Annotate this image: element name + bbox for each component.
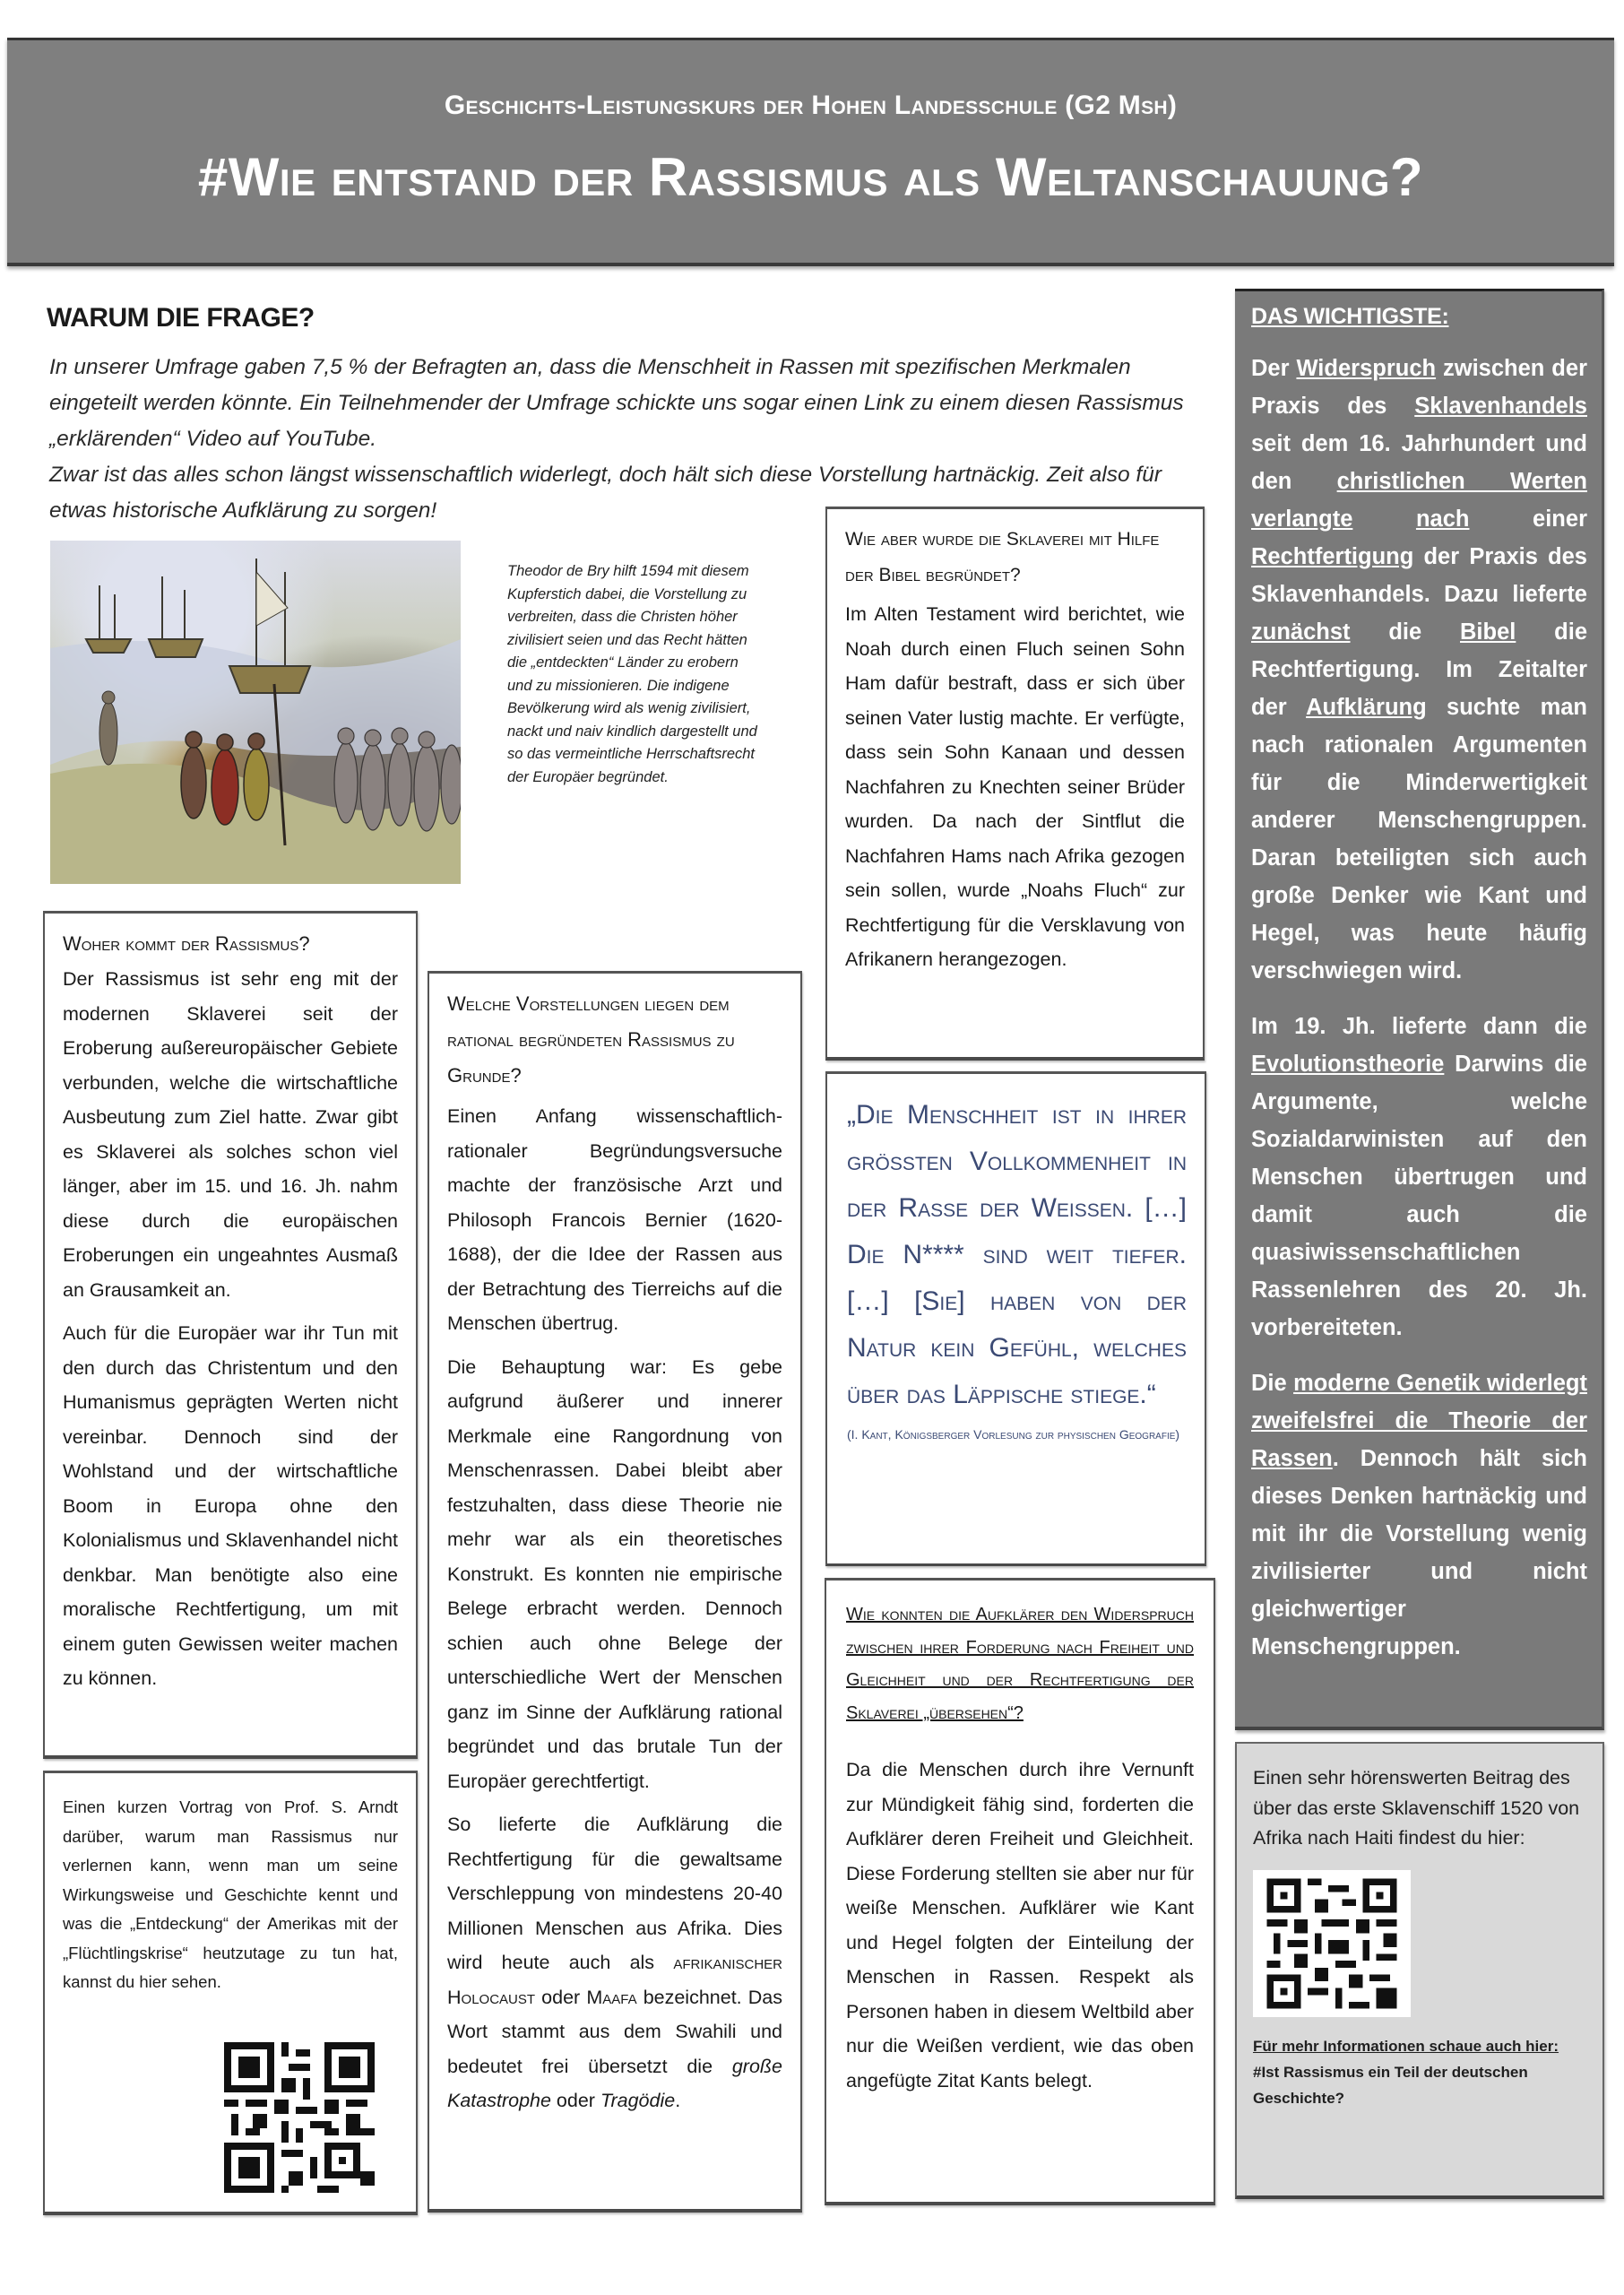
engraving-image <box>50 541 461 884</box>
text-run: oder <box>535 1987 586 2008</box>
term-maafa: Maafa <box>586 1987 636 2008</box>
more-info-heading: Für mehr Informationen schaue auch hier: <box>1253 2033 1588 2059</box>
summary-paragraph: Der Widerspruch zwischen der Praxis des … <box>1251 350 1587 990</box>
video-box: Einen kurzen Vortrag von Prof. S. Arndt … <box>43 1771 418 2215</box>
emphasized-term: Evolutionstheorie <box>1251 1052 1444 1077</box>
video-description: Einen kurzen Vortrag von Prof. S. Arndt … <box>63 1793 398 1997</box>
intro-heading: WARUM DIE FRAGE? <box>47 303 315 333</box>
image-caption: Theodor de Bry hilft 1594 mit diesem Kup… <box>507 560 763 789</box>
rational-heading: Welche Vorstellungen liegen dem rational… <box>447 986 782 1094</box>
emphasized-term: christlichen Werten <box>1337 469 1587 494</box>
summary-box: DAS WICHTIGSTE: Der Widerspruch zwischen… <box>1235 289 1604 1730</box>
emphasized-term: Bibel <box>1460 619 1516 645</box>
emphasized-term: Sklavenhandels <box>1414 394 1587 419</box>
page-title: #Wie entstand der Rassismus als Weltansc… <box>7 146 1614 208</box>
rational-paragraph: Einen Anfang wissenschaftlich-rationaler… <box>447 1099 782 1341</box>
bible-box: Wie aber wurde die Sklaverei mit Hilfe d… <box>825 507 1205 1061</box>
qr-code-podcast[interactable] <box>1253 1870 1411 2017</box>
origin-paragraph: Auch für die Europäer war ihr Tun mit de… <box>63 1316 398 1696</box>
emphasized-term: zunächst <box>1251 619 1351 645</box>
kant-quote-box: „Die Menschheit ist in ihrer größten Vol… <box>825 1071 1206 1566</box>
podcast-box: Einen sehr hörenswerten Beitrag des über… <box>1235 1742 1604 2199</box>
origin-paragraph: Der Rassismus ist sehr eng mit der moder… <box>63 962 398 1307</box>
text-run: Im 19. Jh. lieferte dann die <box>1251 1014 1587 1039</box>
emphasized-term: Widerspruch <box>1296 356 1436 381</box>
more-info-link[interactable]: #Ist Rassismus ein Teil der deutschen Ge… <box>1253 2059 1588 2111</box>
qr-code-video[interactable] <box>224 2042 375 2193</box>
rational-racism-box: Welche Vorstellungen liegen dem rational… <box>428 971 802 2213</box>
intro-paragraph: In unserer Umfrage gaben 7,5 % der Befra… <box>49 350 1214 457</box>
summary-heading: DAS WICHTIGSTE: <box>1251 304 1587 330</box>
text-run: . <box>675 2090 680 2111</box>
bible-heading: Wie aber wurde die Sklaverei mit Hilfe d… <box>845 522 1185 593</box>
term-tragoedie: Tragödie <box>600 2090 675 2111</box>
emphasized-term: verlangte <box>1251 507 1352 532</box>
summary-text: Der Widerspruch zwischen der Praxis des … <box>1251 350 1587 1666</box>
rational-text: Einen Anfang wissenschaftlich-rationaler… <box>447 1099 782 2118</box>
intro-text: In unserer Umfrage gaben 7,5 % der Befra… <box>49 350 1214 529</box>
text-run: Darwins die Argumente, welche Sozialdarw… <box>1251 1052 1587 1340</box>
summary-paragraph: Im 19. Jh. lieferte dann die Evolutionst… <box>1251 1008 1587 1347</box>
page-header: Geschichts-Leistungskurs der Hohen Lande… <box>7 38 1614 266</box>
origin-heading: Woher kommt der Rassismus? <box>63 926 398 962</box>
enlightenment-text: Da die Menschen durch ihre Vernunft zur … <box>846 1753 1194 2098</box>
text-run: die <box>1351 619 1460 645</box>
emphasized-term: Aufklärung <box>1306 695 1427 720</box>
emphasized-term: Rechtfertigung <box>1251 544 1413 569</box>
engraving-illustration <box>50 541 461 884</box>
emphasized-term: nach <box>1416 507 1470 532</box>
rational-paragraph: Die Behauptung war: Es gebe aufgrund äuß… <box>447 1350 782 1799</box>
text-run: . Dennoch hält sich dieses Denken hartnä… <box>1251 1446 1587 1659</box>
origin-text: Der Rassismus ist sehr eng mit der moder… <box>63 962 398 1696</box>
text-run: Die <box>1251 1371 1293 1396</box>
course-subtitle: Geschichts-Leistungskurs der Hohen Lande… <box>7 91 1614 121</box>
kant-quote: „Die Menschheit ist in ihrer größten Vol… <box>847 1092 1187 1418</box>
podcast-description: Einen sehr hörenswerten Beitrag des über… <box>1253 1763 1588 1854</box>
text-run: suchte man nach rationalen Argumenten fü… <box>1251 695 1587 983</box>
rational-paragraph: So lieferte die Aufklärung die Rechtfert… <box>447 1807 782 2118</box>
text-run: So lieferte die Aufklärung die Rechtfert… <box>447 1814 782 1973</box>
origin-box: Woher kommt der Rassismus? Der Rassismus… <box>43 911 418 1759</box>
text-run: oder <box>551 2090 600 2111</box>
text-run: Der <box>1251 356 1296 381</box>
text-run <box>1352 507 1416 532</box>
enlightenment-box: Wie konnten die Aufklärer den Widerspruc… <box>825 1578 1215 2205</box>
summary-paragraph: Die moderne Genetik widerlegt zweifelsfr… <box>1251 1364 1587 1666</box>
enlightenment-heading: Wie konnten die Aufklärer den Widerspruc… <box>846 1598 1194 1729</box>
quote-source: (I. Kant, Königsberger Vorlesung zur phy… <box>847 1424 1187 1445</box>
bible-text: Im Alten Testament wird berichtet, wie N… <box>845 597 1185 977</box>
text-run: einer <box>1469 507 1587 532</box>
